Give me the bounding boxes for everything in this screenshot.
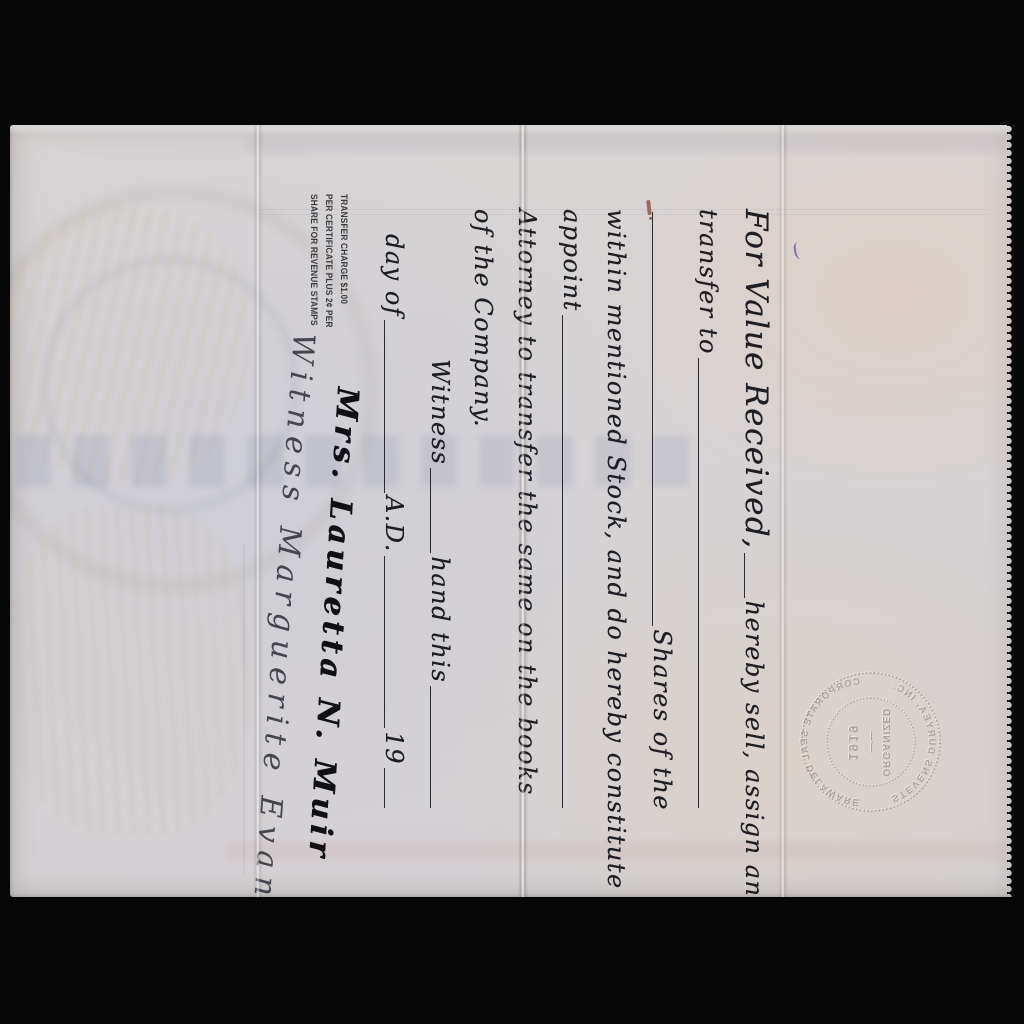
form-line-5: appoint (555, 209, 595, 811)
seal-ring-top-text: STEVENS DURYEA, INC. (890, 680, 937, 804)
shares-of-the-text: Shares of the (645, 629, 679, 811)
attorney-to-transfer-text: Attorney to transfer the same on the boo… (510, 209, 544, 796)
form-line-1: For Value Received, hereby sell, assign … (737, 209, 777, 811)
form-line-6: Attorney to transfer the same on the boo… (510, 209, 550, 811)
seal-graphic: STEVENS DURYEA, INC. CORPORATE SEAL DELA… (799, 670, 943, 814)
of-the-company-text: of the Company. (466, 209, 500, 428)
certificate-back-paper: For Value Received, hereby sell, assign … (10, 125, 1015, 897)
purple-ink-smudge (793, 241, 806, 259)
blank-rule (744, 552, 745, 597)
day-of-label: day of (377, 234, 411, 317)
appoint-label: appoint (555, 209, 589, 312)
seal-year-text: 1919 (846, 723, 861, 760)
transfer-charge-line-1: TRANSFER CHARGE $1.00 (336, 194, 351, 332)
form-line-4: within mentioned Stock, and do hereby co… (599, 209, 639, 811)
month-blank-rule (384, 320, 385, 493)
transferee-blank-rule (698, 357, 699, 807)
form-line-7: of the Company. (466, 209, 506, 811)
year-suffix-blank-rule (384, 768, 385, 808)
embossed-corporate-seal: STEVENS DURYEA, INC. CORPORATE SEAL DELA… (799, 670, 943, 814)
hereby-sell-text: hereby sell, assign and (737, 600, 771, 897)
anno-domini-label: A.D. (377, 495, 411, 552)
form-line-2: transfer to (691, 209, 731, 811)
seal-organized-text: ORGANIZED (880, 707, 891, 776)
witness-blank-rule (430, 468, 431, 553)
red-ink-mark (646, 199, 652, 214)
nineteen-label: 19 (377, 731, 411, 765)
within-mentioned-stock-text: within mentioned Stock, and do hereby co… (599, 209, 633, 898)
hand-this-label: hand this (423, 556, 457, 683)
photo-background: For Value Received, hereby sell, assign … (0, 0, 1024, 1024)
attorney-blank-rule (562, 314, 563, 807)
for-value-received-label: For Value Received, (737, 209, 775, 550)
seal-ornament: —·— (867, 731, 877, 752)
witness-label: Witness (423, 359, 457, 465)
transfer-charge-line-2: PER CERTIFICATE PLUS 2¢ PER (321, 194, 336, 332)
stock-transfer-form: For Value Received, hereby sell, assign … (10, 125, 1015, 897)
form-line-3: Shares of the (645, 209, 685, 811)
form-line-9: day of A.D. 19 (377, 209, 417, 811)
year-blank-rule (384, 555, 385, 728)
transfer-charge-note: TRANSFER CHARGE $1.00 PER CERTIFICATE PL… (306, 194, 351, 332)
transfer-charge-line-3: SHARE FOR REVENUE STAMPS (306, 194, 321, 332)
day-blank-rule (430, 686, 431, 808)
transfer-to-label: transfer to (691, 209, 725, 355)
shares-blank-rule (652, 212, 653, 626)
form-line-8: Witness hand this (423, 209, 463, 811)
